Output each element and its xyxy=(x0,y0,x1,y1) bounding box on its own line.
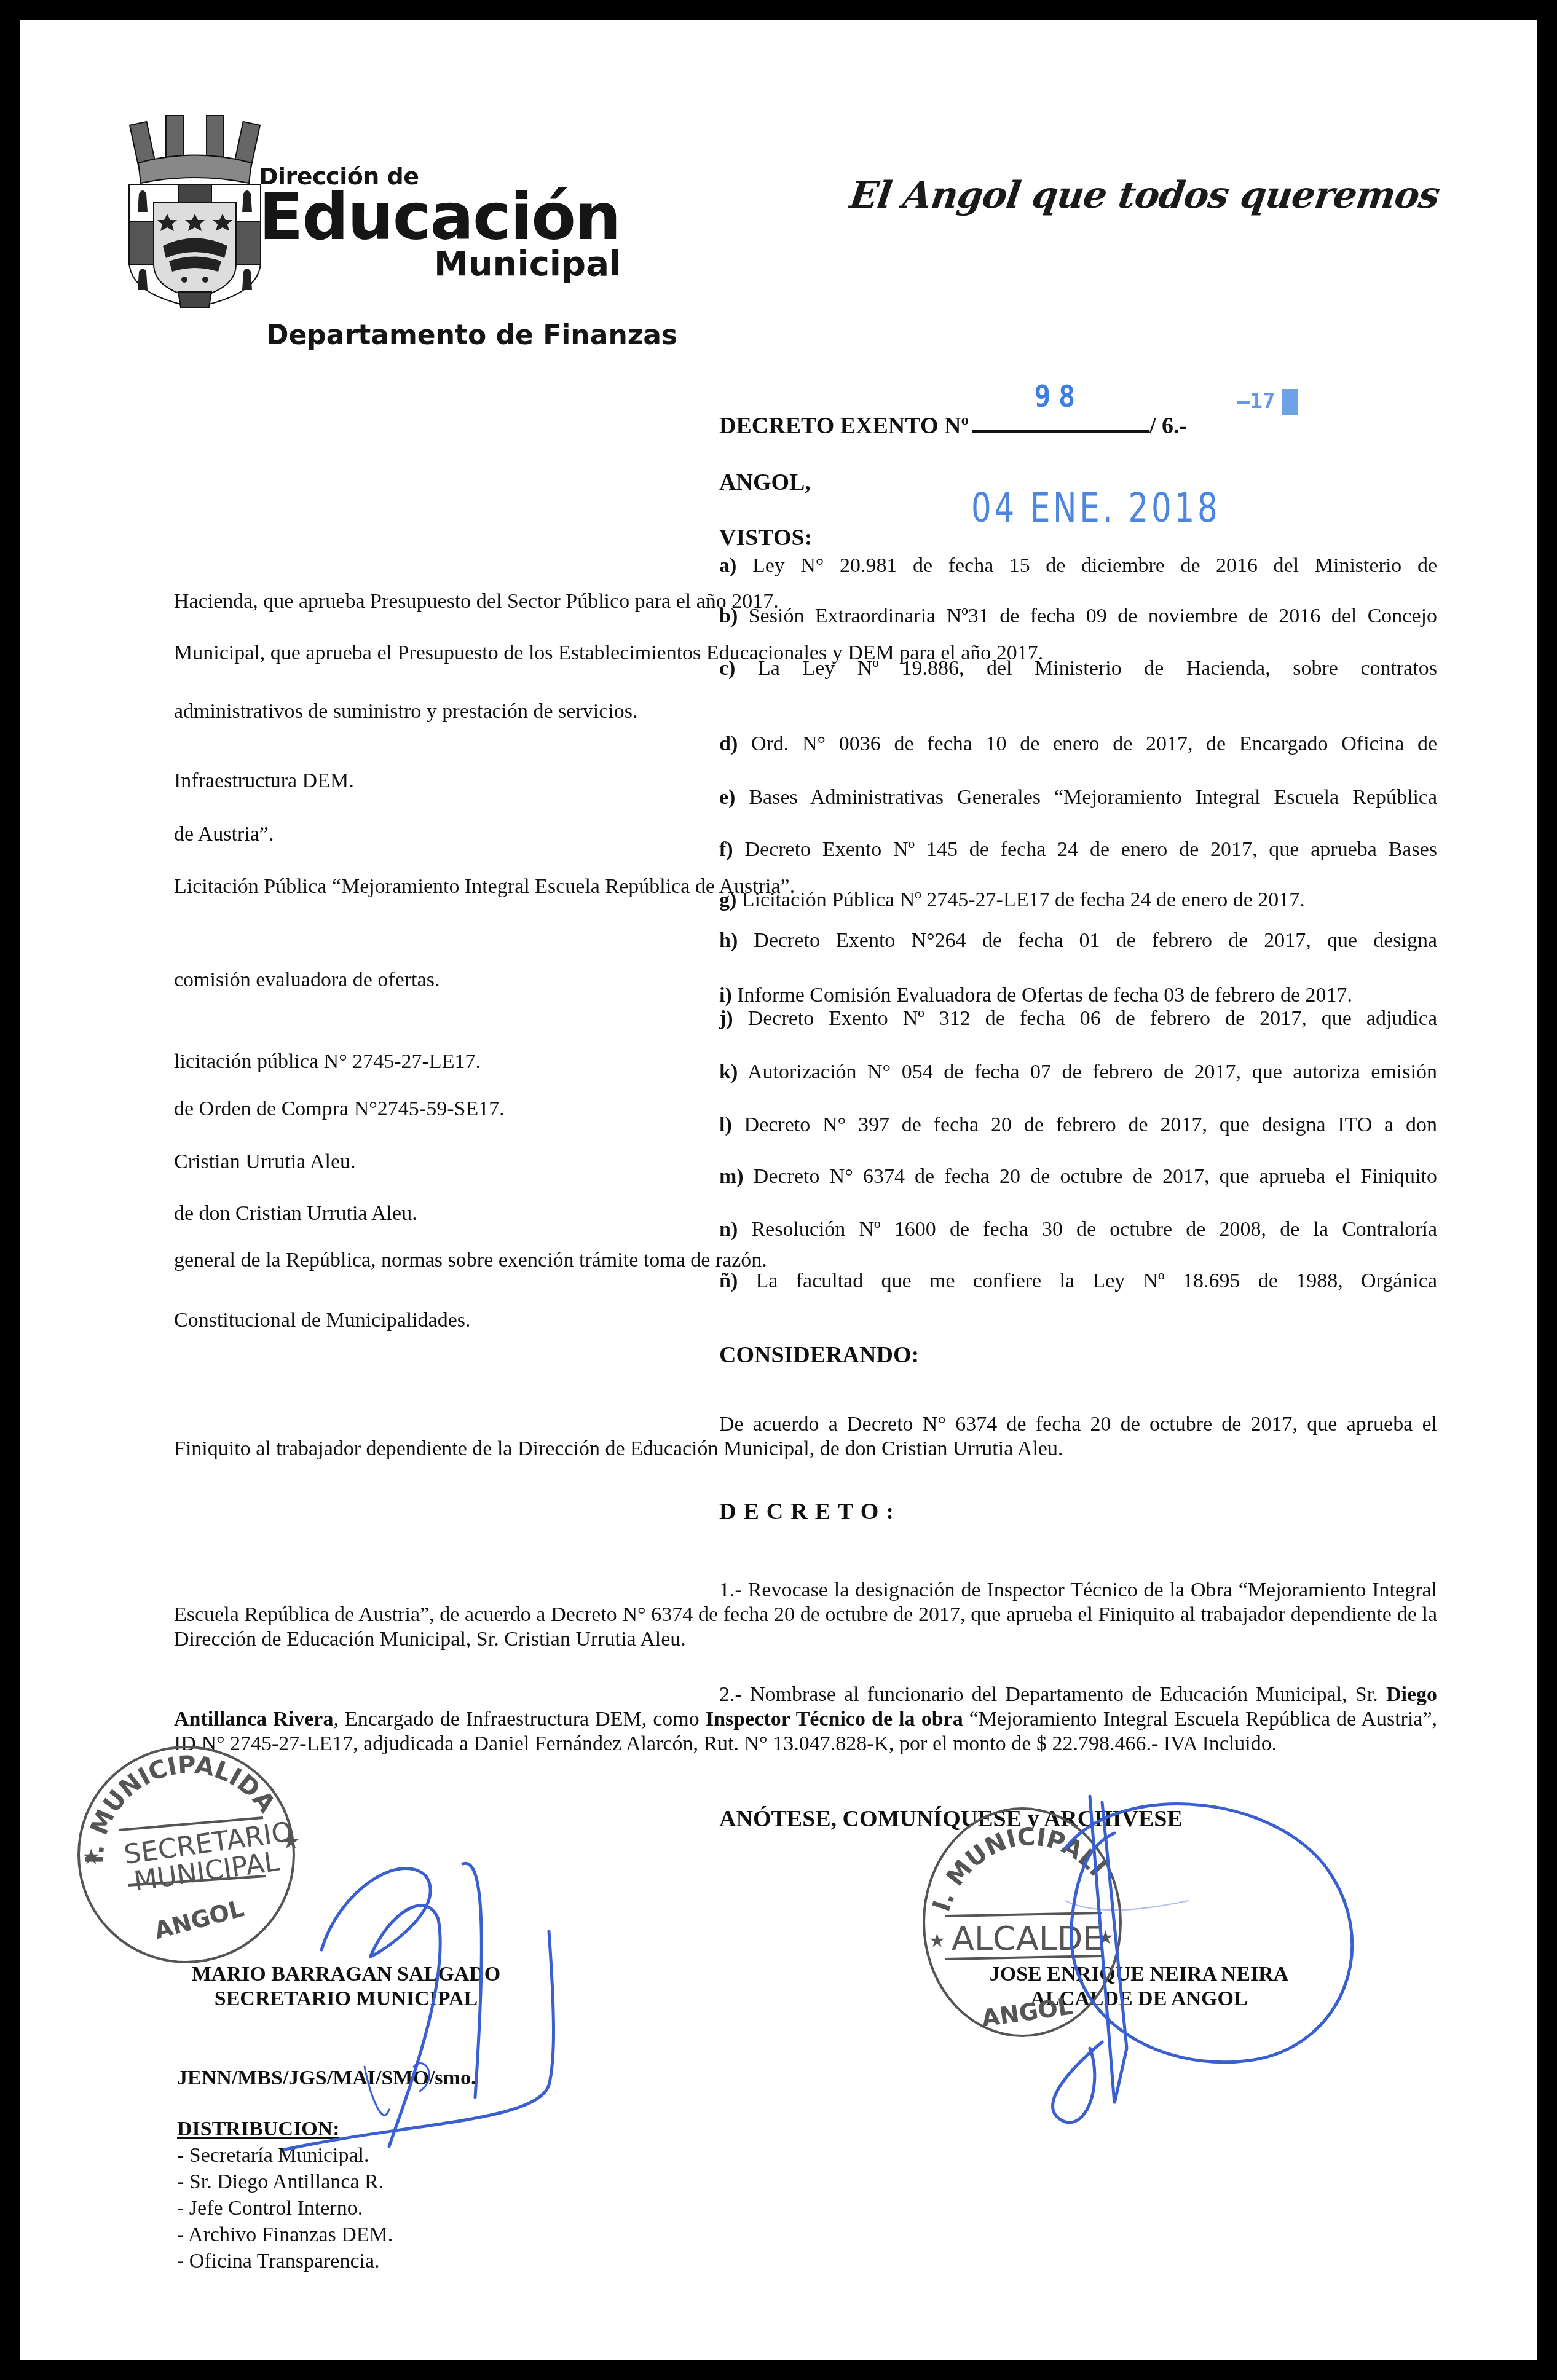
mayor-name: JOSE ENRIQUE NEIRA NEIRA xyxy=(967,1962,1311,1987)
considerando-text: De acuerdo a Decreto N° 6374 de fecha 20… xyxy=(174,1412,1437,1461)
vistos-letter: ñ) xyxy=(719,1270,738,1292)
distribution-item: - Secretaría Municipal. xyxy=(177,2142,393,2169)
vistos-letter: l) xyxy=(719,1113,732,1136)
considerando-heading: CONSIDERANDO: xyxy=(719,1341,919,1369)
vistos-item: g) Licitación Pública Nº 2745-27-LE17 de… xyxy=(174,888,1437,913)
svg-text:★: ★ xyxy=(282,1829,300,1854)
vistos-letter: a) xyxy=(719,554,736,577)
vistos-letter: h) xyxy=(719,929,738,952)
decree-label: DECRETO EXENTO Nº xyxy=(719,413,969,439)
document-page: Dirección de Educación Municipal El Ango… xyxy=(20,20,1537,2360)
signature-block-mayor: JOSE ENRIQUE NEIRA NEIRA ALCALDE DE ANGO… xyxy=(967,1962,1311,2011)
svg-text:★: ★ xyxy=(82,1845,100,1869)
department-title: Departamento de Finanzas xyxy=(266,320,677,351)
secretary-title: SECRETARIO MUNICIPAL xyxy=(174,1987,518,2011)
vistos-letter: j) xyxy=(719,1007,733,1030)
distribution-item: - Sr. Diego Antillanca R. xyxy=(177,2169,393,2195)
vistos-letter: g) xyxy=(719,889,736,911)
vistos-item: i) Informe Comisión Evaluadora de Oferta… xyxy=(174,983,1437,1008)
vistos-letter: m) xyxy=(719,1165,744,1188)
closing-formula: ANÓTESE, COMUNÍQUESE y ARCHIVESE xyxy=(719,1805,1183,1832)
svg-text:ALCALDE: ALCALDE xyxy=(952,1919,1103,1958)
vistos-text: Decreto N° 397 de fecha 20 de febrero de… xyxy=(744,1113,1437,1136)
vistos-letter: f) xyxy=(719,838,733,861)
decree-number-line: DECRETO EXENTO Nº/ 6.- xyxy=(719,412,1187,439)
vistos-item: m) Decreto N° 6374 de fecha 20 de octubr… xyxy=(174,1164,1437,1226)
vistos-text: Licitación Pública Nº 2745-27-LE17 de fe… xyxy=(742,889,1305,911)
vistos-text: Decreto Exento N°264 de fecha 01 de febr… xyxy=(754,929,1437,952)
svg-text:ANGOL: ANGOL xyxy=(151,1895,246,1944)
vistos-item: k) Autorización N° 054 de fecha 07 de fe… xyxy=(174,1060,1437,1121)
vistos-text: Ley N° 20.981 de fecha 15 de diciembre d… xyxy=(752,554,1437,577)
distribution-list: DISTRIBUCION: - Secretaría Municipal. - … xyxy=(177,2116,393,2274)
vistos-text: La facultad que me confiere la Ley Nº 18… xyxy=(756,1270,1437,1292)
vistos-continuation: administrativos de suministro y prestaci… xyxy=(174,699,1437,724)
vistos-letter: e) xyxy=(719,786,735,809)
decree-number-blank xyxy=(972,415,1149,433)
reference-initials: JENN/MBS/JGS/MAI/SMO/smo. xyxy=(177,2067,476,2090)
vistos-text: Decreto Exento Nº 312 de fecha 06 de feb… xyxy=(748,1007,1437,1030)
appointee-role: Inspector Técnico de la obra xyxy=(706,1708,963,1730)
svg-text:★: ★ xyxy=(929,1930,945,1952)
distribution-item: - Archivo Finanzas DEM. xyxy=(177,2221,393,2248)
distribution-item: - Oficina Transparencia. xyxy=(177,2248,393,2274)
svg-text:SECRETARIOMUNICIPAL: SECRETARIOMUNICIPAL xyxy=(122,1816,299,1898)
vistos-text: Resolución Nº 1600 de fecha 30 de octubr… xyxy=(751,1218,1437,1241)
svg-text:★: ★ xyxy=(1097,1927,1114,1949)
vistos-item: ñ) La facultad que me confiere la Ley Nº… xyxy=(174,1269,1437,1333)
distribution-title: DISTRIBUCION: xyxy=(177,2116,393,2142)
date-stamp: 04 ENE. 2018 xyxy=(971,484,1220,532)
decree-suffix: / 6.- xyxy=(1149,413,1187,439)
secretary-name: MARIO BARRAGAN SALGADO xyxy=(174,1962,518,1987)
vistos-text: Informe Comisión Evaluadora de Ofertas d… xyxy=(737,984,1352,1007)
article-2: 2.- Nombrase al funcionario del Departam… xyxy=(174,1683,1437,1756)
distribution-item: - Jefe Control Interno. xyxy=(177,2195,393,2221)
vistos-letter: b) xyxy=(719,605,738,627)
motto: El Angol que todos queremos xyxy=(847,174,1442,217)
stamped-year-mark: –17 xyxy=(1237,389,1275,414)
mayor-title: ALCALDE DE ANGOL xyxy=(967,1987,1311,2011)
vistos-text: La Ley Nº 19.886, del Ministerio de Haci… xyxy=(758,657,1437,680)
brand-logotype: Dirección de Educación Municipal xyxy=(259,163,621,284)
decreto-heading: DECRETO: xyxy=(719,1498,901,1525)
vistos-continuation: Constitucional de Municipalidades. xyxy=(174,1308,1437,1333)
municipal-crest-icon xyxy=(123,111,267,310)
stamped-decree-number: 98 xyxy=(1034,379,1082,414)
vistos-letter: d) xyxy=(719,732,738,755)
vistos-letter: c) xyxy=(719,657,735,680)
vistos-text: Ord. N° 0036 de fecha 10 de enero de 201… xyxy=(751,732,1437,755)
vistos-text: Autorización N° 054 de fecha 07 de febre… xyxy=(747,1061,1437,1083)
vistos-text: Bases Administrativas Generales “Mejoram… xyxy=(749,786,1437,809)
mayor-signature-icon xyxy=(1053,1796,1352,2123)
vistos-heading: VISTOS: xyxy=(719,524,812,551)
brand-line3: Municipal xyxy=(434,244,621,284)
signature-block-secretary: MARIO BARRAGAN SALGADO SECRETARIO MUNICI… xyxy=(174,1962,518,2011)
article-1: 1.- Revocase la designación de Inspector… xyxy=(174,1578,1437,1652)
brand-line2: Educación xyxy=(259,187,621,246)
vistos-text: Decreto N° 6374 de fecha 20 de octubre d… xyxy=(754,1165,1437,1188)
stamp-block-icon xyxy=(1282,389,1298,415)
vistos-item: n) Resolución Nº 1600 de fecha 30 de oct… xyxy=(174,1217,1437,1273)
vistos-item: d) Ord. N° 0036 de fecha 10 de enero de … xyxy=(174,732,1437,793)
vistos-letter: n) xyxy=(719,1218,738,1241)
vistos-letter: k) xyxy=(719,1061,738,1083)
vistos-text: Decreto Exento Nº 145 de fecha 24 de ene… xyxy=(744,838,1437,861)
city-label: ANGOL, xyxy=(719,469,811,496)
vistos-letter: i) xyxy=(719,984,732,1007)
vistos-item: c) La Ley Nº 19.886, del Ministerio de H… xyxy=(174,656,1437,724)
vistos-text: Sesión Extraordinaria Nº31 de fecha 09 d… xyxy=(749,605,1437,627)
